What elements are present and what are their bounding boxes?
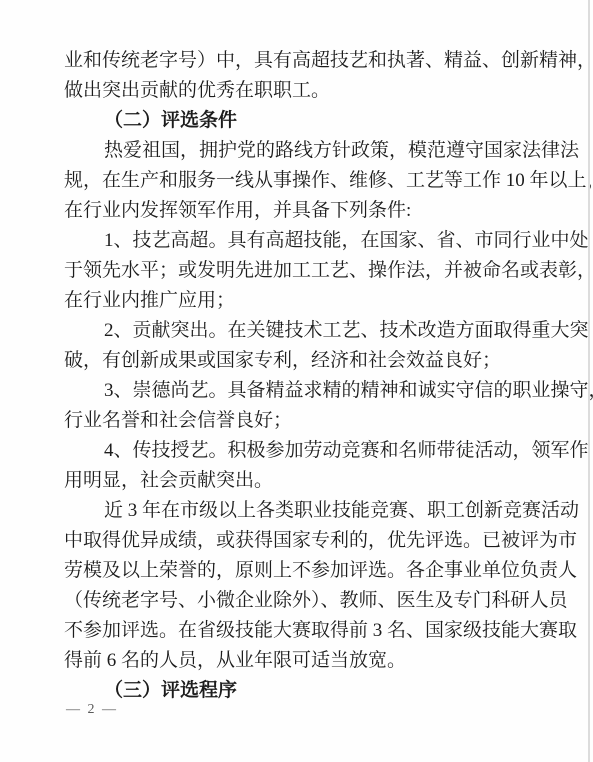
page-right-edge-shadow [588, 0, 590, 762]
text-line: 近 3 年在市级以上各类职业技能竞赛、职工创新竞赛活动 [64, 496, 550, 526]
text-line: （传统老字号、小微企业除外）、教师、医生及专门科研人员 [64, 586, 550, 616]
text-line: 在行业内推广应用； [64, 286, 550, 316]
text-line: 在行业内发挥领军作用，并具备下列条件: [64, 196, 550, 226]
text-line: 做出突出贡献的优秀在职职工。 [64, 76, 550, 106]
section-heading: （二）评选条件 [64, 106, 550, 136]
text-line: 3、崇德尚艺。具备精益求精的精神和诚实守信的职业操守， [64, 376, 550, 406]
text-line: 行业名誉和社会信誉良好； [64, 406, 550, 436]
text-line: 规，在生产和服务一线从事操作、维修、工艺等工作 10 年以上， [64, 166, 550, 196]
page-number: — 2 — [66, 701, 118, 719]
text-line: 得前 6 名的人员，从业年限可适当放宽。 [64, 646, 550, 676]
section-heading: （三）评选程序 [64, 676, 550, 706]
text-line: 不参加评选。在省级技能大赛取得前 3 名、国家级技能大赛取 [64, 616, 550, 646]
text-line: 破，有创新成果或国家专利，经济和社会效益良好； [64, 346, 550, 376]
text-line: 于领先水平；或发明先进加工工艺、操作法，并被命名或表彰， [64, 256, 550, 286]
text-line: 热爱祖国，拥护党的路线方针政策，模范遵守国家法律法 [64, 136, 550, 166]
text-line: 4、传技授艺。积极参加劳动竞赛和名师带徒活动，领军作 [64, 436, 550, 466]
text-line: 业和传统老字号）中，具有高超技艺和执著、精益、创新精神， [64, 46, 550, 76]
document-text-block: 业和传统老字号）中，具有高超技艺和执著、精益、创新精神，做出突出贡献的优秀在职职… [64, 46, 550, 706]
text-line: 1、技艺高超。具有高超技能，在国家、省、市同行业中处 [64, 226, 550, 256]
text-line: 2、贡献突出。在关键技术工艺、技术改造方面取得重大突 [64, 316, 550, 346]
text-line: 劳模及以上荣誉的，原则上不参加评选。各企事业单位负责人 [64, 556, 550, 586]
text-line: 用明显，社会贡献突出。 [64, 466, 550, 496]
text-line: 中取得优异成绩，或获得国家专利的，优先评选。已被评为市 [64, 526, 550, 556]
scanned-document-page: 业和传统老字号）中，具有高超技艺和执著、精益、创新精神，做出突出贡献的优秀在职职… [0, 0, 593, 762]
